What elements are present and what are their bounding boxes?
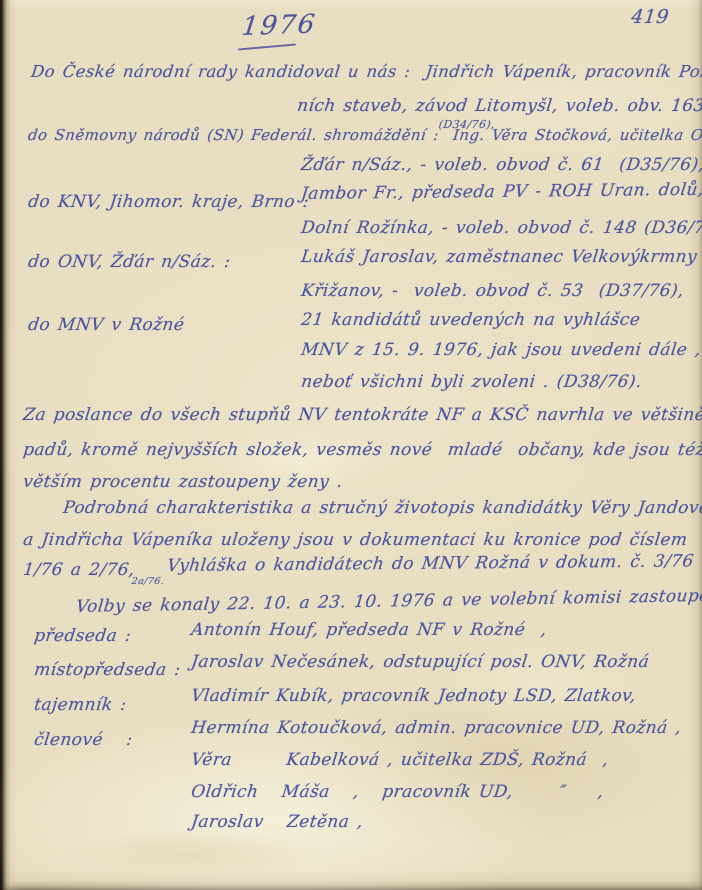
para2-line3-insert: 2a/76.: [131, 576, 165, 587]
commission-person: Vladimír Kubík, pracovník Jednoty LSD, Z…: [190, 686, 637, 706]
line-cnr-2: ních staveb, závod Litomyšl, voleb. obv.…: [296, 96, 702, 116]
line-onv-2: Křižanov, - voleb. obvod č. 53 (D37/76),: [300, 281, 685, 301]
label-onv: do ONV, Žďár n/Sáz. :: [27, 252, 232, 272]
para2-line2: a Jindřicha Vápeníka uloženy jsou v doku…: [22, 530, 689, 550]
commission-role: tajemník :: [33, 695, 128, 715]
commission-role: místopředseda :: [33, 660, 182, 680]
page-number: 419: [630, 6, 670, 28]
para3-line1: Volby se konaly 22. 10. a 23. 10. 1976 a…: [75, 585, 702, 617]
commission-role: členové :: [33, 730, 134, 750]
line-sn-1: do Sněmovny národů (SN) Federál. shromáž…: [27, 126, 702, 144]
chronicle-scanned-page: 419 1976 Do České národní rady kandidova…: [0, 0, 702, 890]
commission-person: Oldřich Máša , pracovník UD, ″ ,: [190, 782, 605, 802]
line-mnv-2: MNV z 15. 9. 1976, jak jsou uvedeni dále…: [300, 340, 702, 360]
commission-person: Antonín Houf, předseda NF v Rožné ,: [190, 620, 548, 640]
para2-line3-rest: Vyhláška o kandidátech do MNV Rožná v do…: [166, 551, 702, 576]
line-onv-1: Lukáš Jaroslav, zaměstnanec Velkovýkrmny: [300, 247, 698, 267]
commission-person: Jaroslav Nečesánek, odstupující posl. ON…: [190, 652, 650, 672]
year-heading: 1976: [240, 9, 318, 42]
commission-role: předseda :: [33, 626, 132, 646]
line-cnr-1: Do České národní rady kandidoval u nás :…: [30, 62, 702, 81]
para2-line1: Podrobná charakteristika a stručný život…: [62, 498, 702, 518]
year-underline: [238, 43, 296, 50]
line-mnv-3: neboť všichni byli zvoleni . (D38/76).: [300, 372, 643, 392]
commission-person: Jaroslav Zetěna ,: [190, 812, 364, 832]
label-mnv: do MNV v Rožné: [27, 315, 186, 335]
para1-line1: Za poslance do všech stupňů NV tentokrát…: [22, 405, 702, 425]
paper-stain: [60, 830, 320, 880]
para1-line3: větším procentu zastoupeny ženy .: [22, 472, 344, 492]
para2-line3-refs: 1/76 a 2/76,: [22, 560, 136, 580]
line-knv-1: Jambor Fr., předseda PV - ROH Uran. dolů…: [300, 180, 702, 204]
line-mnv-1: 21 kandidátů uvedených na vyhlášce: [300, 310, 642, 330]
line-knv-2: Dolní Rožínka, - voleb. obvod č. 148 (D3…: [300, 218, 702, 238]
line-sn-2: Žďár n/Sáz., - voleb. obvod č. 61 (D35/7…: [300, 155, 702, 175]
commission-person: Hermína Kotoučková, admin. pracovnice UD…: [190, 718, 682, 738]
commission-person: Věra Kabelková , učitelka ZDŠ, Rožná ,: [190, 750, 610, 770]
para1-line2: padů, kromě nejvyšších složek, vesměs no…: [22, 440, 702, 460]
label-knv: do KNV, Jihomor. kraje, Brno :: [27, 192, 310, 212]
